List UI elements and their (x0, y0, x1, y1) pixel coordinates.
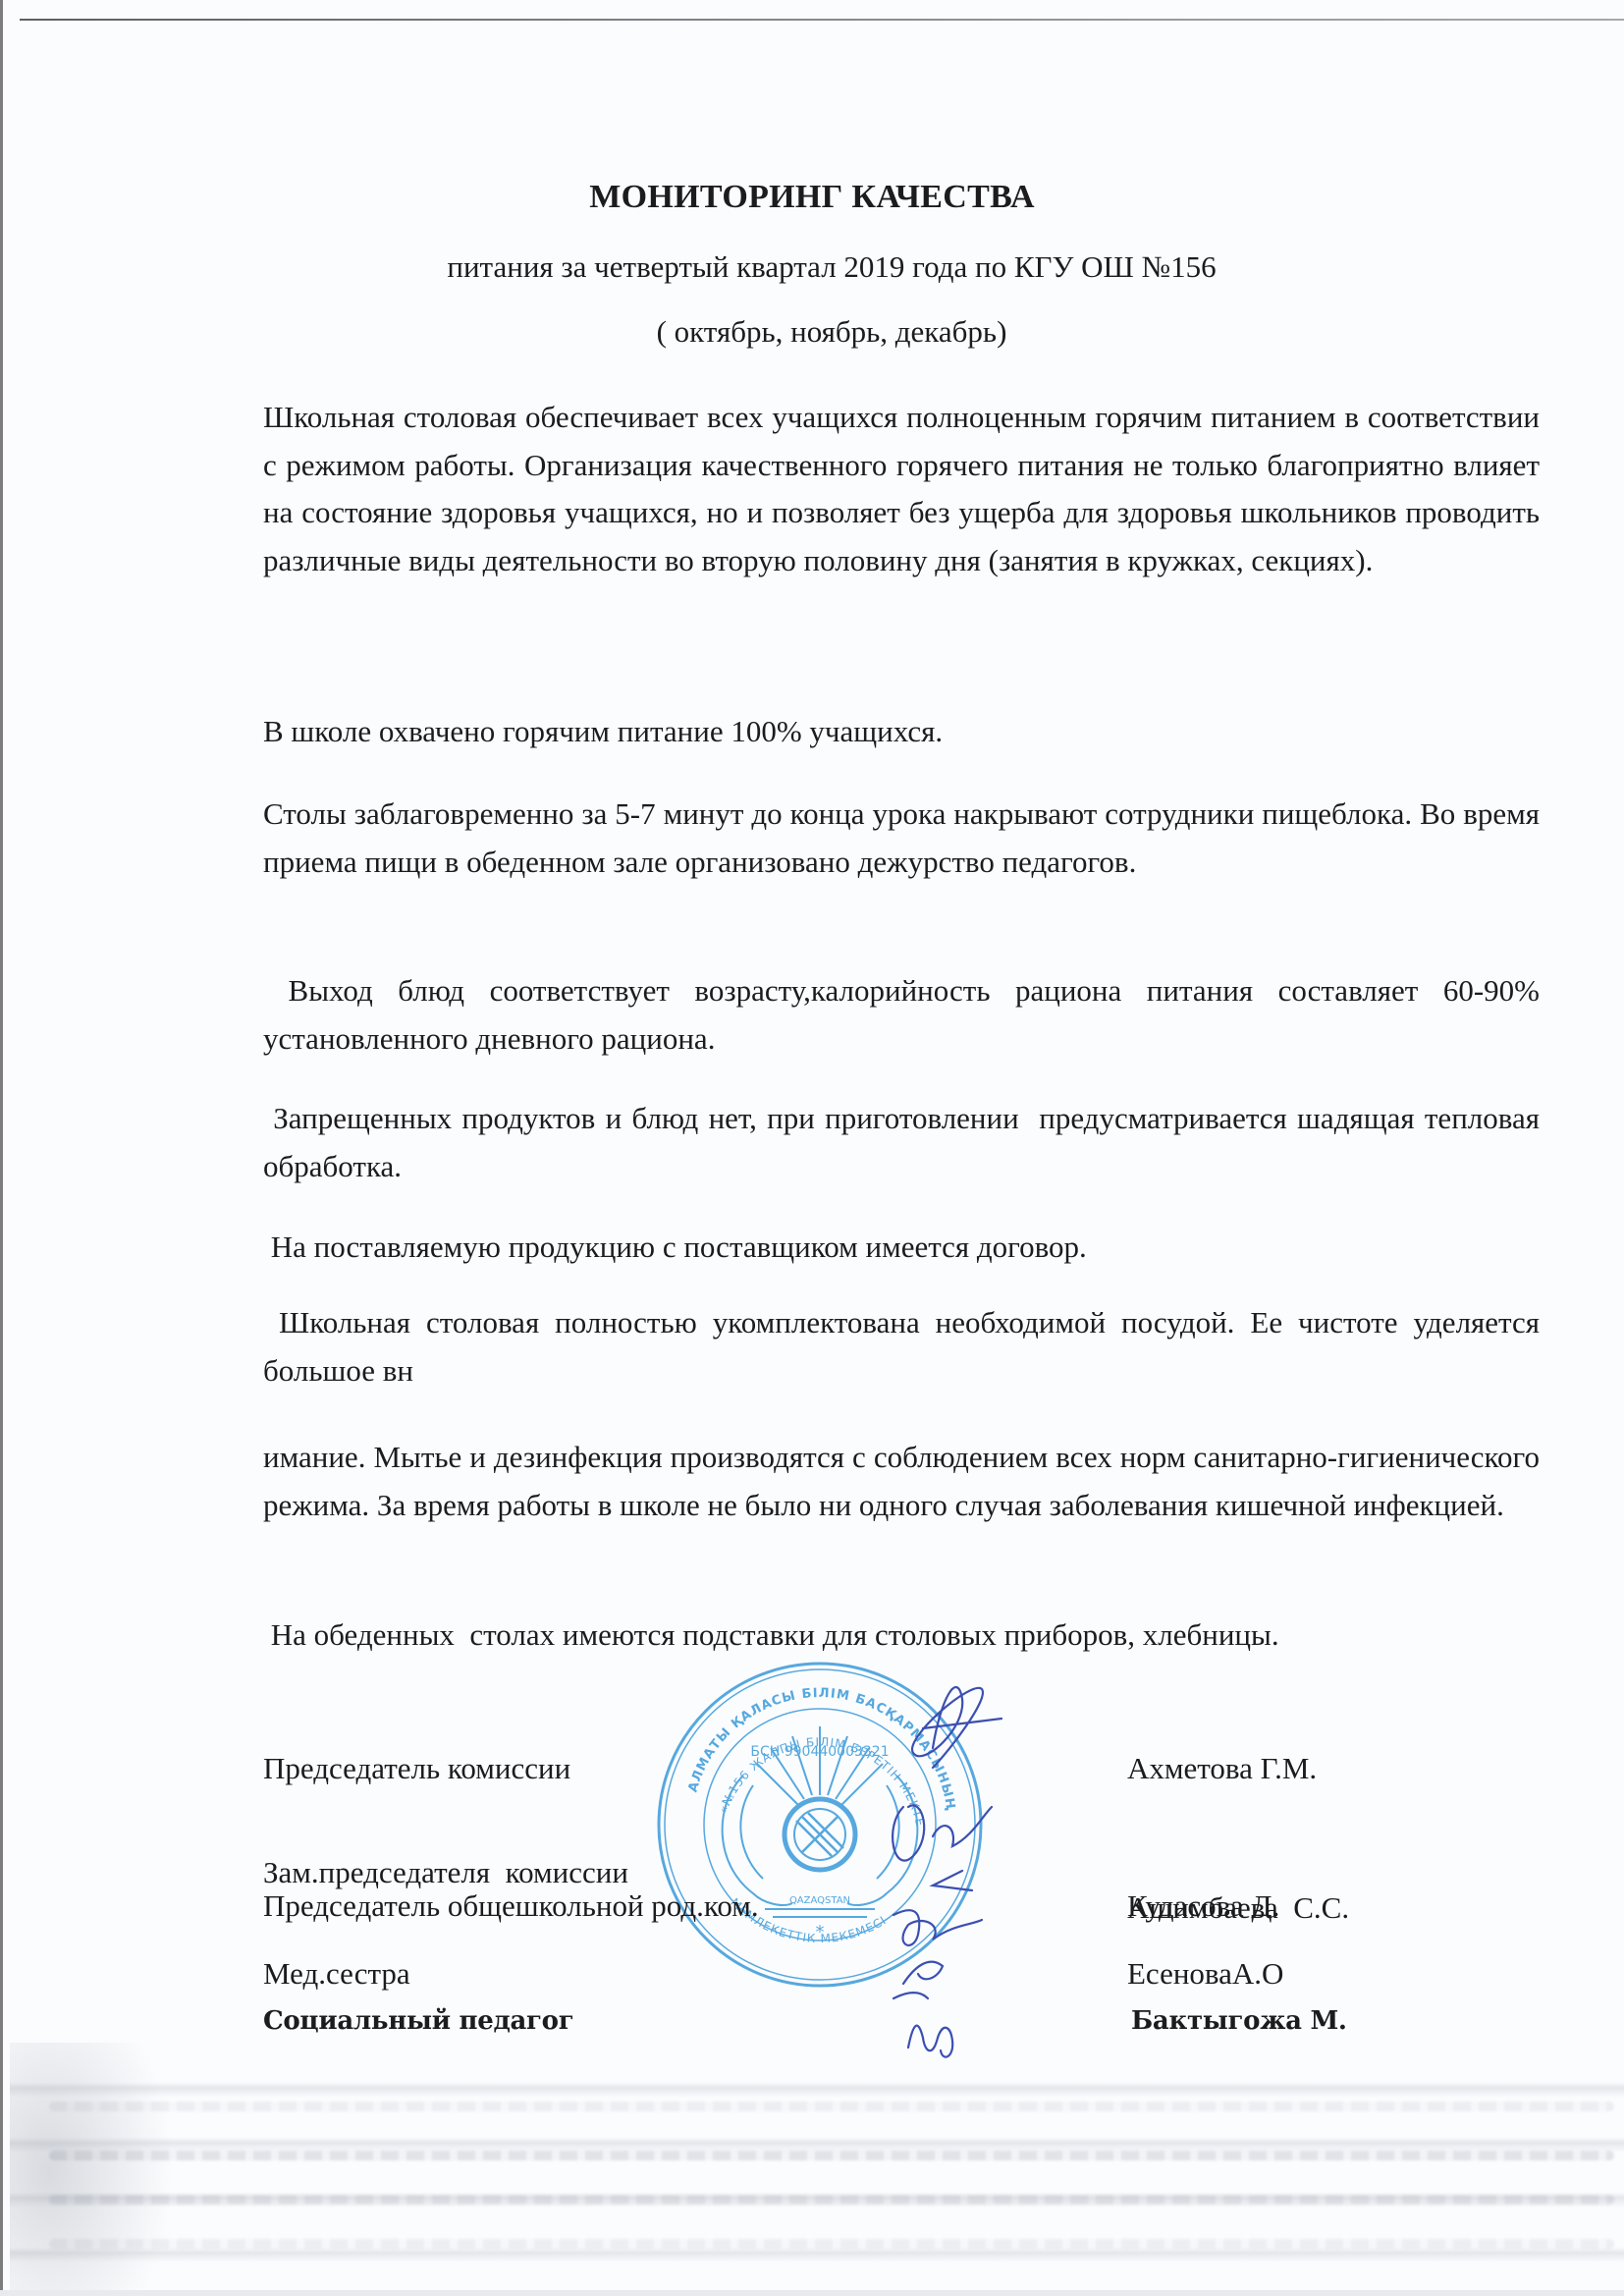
scan-artifact-line (20, 19, 1624, 21)
signatory-row: Мед.сестра ЕсеноваА.О (263, 1956, 1540, 1995)
paragraph-6: На поставляемую продукцию с поставщиком … (263, 1224, 1540, 1272)
paragraph-8: имание. Мытье и дезинфекция производятся… (263, 1434, 1540, 1529)
document-title: МОНИТОРИНГ КАЧЕСТВА (0, 179, 1624, 216)
paragraph-1: Школьная столовая обеспечивает всех учащ… (263, 394, 1540, 584)
paragraph-3: Столы заблаговременно за 5-7 минут до ко… (263, 791, 1540, 886)
signatory-name: Кудасова Д. (1127, 1888, 1279, 1924)
signatory-role: Социальный педагог (263, 2006, 573, 2036)
signatory-name: ЕсеноваА.О (1127, 1956, 1283, 1992)
paragraph-4: Выход блюд соответствует возрасту,калори… (263, 967, 1540, 1063)
document-period: ( октябрь, ноябрь, декабрь) (0, 314, 1624, 350)
scan-bleed-through (10, 2043, 1624, 2296)
signatory-role: Зам.председателя комиссии (263, 1855, 628, 1890)
signatory-row: Председатель комиссии Ахметова Г.М. (263, 1751, 1540, 1790)
signatory-name: Ахметова Г.М. (1127, 1751, 1317, 1786)
signatory-role: Председатель комиссии (263, 1751, 570, 1786)
paragraph-2: В школе охвачено горячим питание 100% уч… (263, 708, 1540, 756)
document-subtitle: питания за четвертый квартал 2019 года п… (0, 249, 1624, 285)
signatory-role: Мед.сестра (263, 1956, 410, 1992)
paragraph-5: Запрещенных продуктов и блюд нет, при пр… (263, 1095, 1540, 1190)
scan-edge-bottom (0, 2290, 1624, 2296)
signatory-row: Зам.председателя комиссии Ашимбаева С.С. (263, 1820, 1540, 1859)
signatory-row: Председатель общешкольной род.ком. Кудас… (263, 1888, 1540, 1928)
signatory-name: Бактыгожа М. (1131, 2006, 1347, 2036)
signatory-role: Председатель общешкольной род.ком. (263, 1888, 759, 1924)
paragraph-7: Школьная столовая полностью укомплектова… (263, 1299, 1540, 1394)
signatory-row: Социальный педагог Бактыгожа М. (263, 2006, 1540, 2046)
paragraph-9: На обеденных столах имеются подставки дл… (263, 1612, 1540, 1660)
